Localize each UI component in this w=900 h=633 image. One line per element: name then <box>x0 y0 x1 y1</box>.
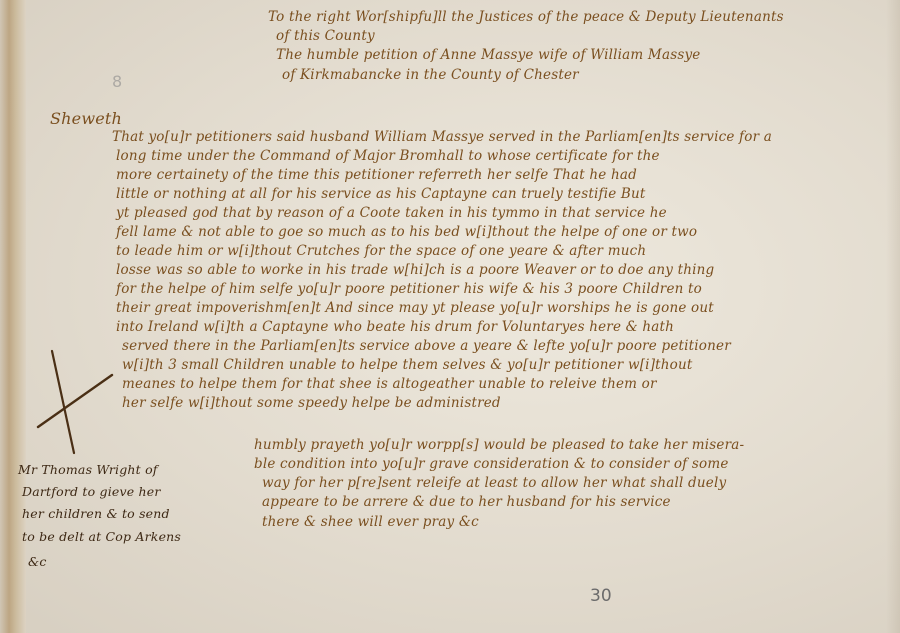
folio-number: 30 <box>590 586 612 606</box>
body-line-14: meanes to helpe them for that shee is al… <box>122 375 657 394</box>
prayer-line-3: way for her p[re]sent releife at least t… <box>262 474 726 493</box>
address-line-3: The humble petition of Anne Massye wife … <box>276 46 700 64</box>
margin-note-line-2: Dartford to gieve her <box>22 482 161 502</box>
prayer-line-1: humbly prayeth yo[u]r worpp[s] would be … <box>254 436 744 455</box>
body-line-4: little or nothing at all for his service… <box>116 185 646 204</box>
prayer-line-2: ble condition into yo[u]r grave consider… <box>254 455 729 474</box>
body-line-11: into Ireland w[i]th a Captayne who beate… <box>116 318 674 337</box>
margin-note-line-4: to be delt at Cop Arkens <box>22 527 181 547</box>
body-line-7: to leade him or w[i]thout Crutches for t… <box>116 242 646 261</box>
prayer-line-4: appeare to be arrere & due to her husban… <box>262 493 671 512</box>
body-line-5: yt pleased god that by reason of a Coote… <box>116 204 667 223</box>
body-line-1: That yo[u]r petitioners said husband Wil… <box>112 128 772 147</box>
margin-note-line-1: Mr Thomas Wright of <box>18 460 158 480</box>
body-line-3: more certainety of the time this petitio… <box>116 166 637 185</box>
body-line-2: long time under the Command of Major Bro… <box>116 147 660 166</box>
body-line-6: fell lame & not able to goe so much as t… <box>116 223 697 242</box>
body-line-8: losse was so able to worke in his trade … <box>116 261 714 280</box>
address-line-1: To the right Wor[shipfu]ll the Justices … <box>268 8 784 26</box>
cross-mark-icon <box>34 345 114 455</box>
address-line-2: of this County <box>276 27 375 45</box>
body-line-9: for the helpe of him selfe yo[u]r poore … <box>116 280 702 299</box>
manuscript-page: 8 To the right Wor[shipfu]ll the Justice… <box>0 0 900 633</box>
page-edge-shadow <box>886 0 900 633</box>
margin-note-line-5: &c <box>28 552 47 572</box>
margin-note-line-3: her children & to send <box>22 504 170 524</box>
body-line-10: their great impoverishm[en]t And since m… <box>116 299 714 318</box>
body-line-12: served there in the Parliam[en]ts servic… <box>122 337 731 356</box>
pencil-mark: 8 <box>112 72 122 91</box>
body-line-15: her selfe w[i]thout some speedy helpe be… <box>122 394 501 413</box>
address-line-4: of Kirkmabancke in the County of Chester <box>282 66 579 84</box>
body-line-13: w[i]th 3 small Children unable to helpe … <box>122 356 693 375</box>
salutation: Sheweth <box>50 110 122 128</box>
prayer-line-5: there & shee will ever pray &c <box>262 513 479 532</box>
